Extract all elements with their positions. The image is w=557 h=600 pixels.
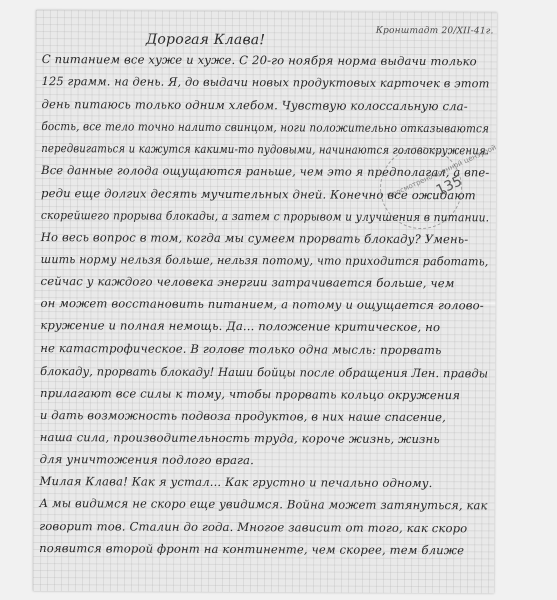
letter-line: бость, все тело точно налито свинцом, но… [41,119,489,135]
letter-line: не катастрофическое. В голове только одн… [40,341,441,357]
letter-line: день питаюсь только одним хлебом. Чувств… [41,97,467,113]
letter-line: сейчас у каждого человека энергии затрач… [41,274,455,290]
letter-line: передвигаться и кажутся какими-то пудовы… [41,141,489,157]
letter-line: Но весь вопрос в том, когда мы сумеем пр… [41,230,469,246]
letter-line: А мы видимся не скоро еще увидимся. Войн… [39,496,487,512]
salutation: Дорогая Клава! [146,32,265,49]
letter-line: говорит тов. Сталин до года. Многое зави… [39,519,467,535]
letter-line: С питанием все хуже и хуже. С 20-го нояб… [42,52,477,68]
letter-line: Милая Клава! Как я устал... Как грустно … [39,474,432,490]
letter-line: шить норму нельзя больше, нельзя потому,… [41,252,489,268]
letter-line: появится второй фронт на континенте, чем… [39,541,464,557]
letter-line: кружение и полная немощь. Да... положени… [40,318,440,334]
letter-sheet: Дорогая Клава! Кронштадт 20/XII-41г. Про… [33,10,497,593]
letter-line: прилагают все силы к тому, чтобы прорват… [40,386,460,402]
letter-line: наша сила, производительность труда, кор… [40,430,440,446]
letter-line: 125 грамм. на день. Я, до выдачи новых п… [42,74,490,90]
letter-line: блокаду, прорвать блокаду! Наши бойцы по… [40,364,488,380]
letter-line: реди еще долгих десять мучительных дней.… [41,186,476,202]
letter-line: он может восстановить питанием, а потому… [40,296,483,312]
dateline: Кронштадт 20/XII-41г. [376,26,494,37]
letter-line: Все данные голода ощущаются раньше, чем … [41,163,489,179]
letter-line: и дать возможность подвоза продуктов, в … [40,408,446,424]
letter-line: для уничтожения подлого врага. [40,452,254,467]
letter-line: скорейшего прорыва блокады, а затем с пр… [41,208,489,224]
